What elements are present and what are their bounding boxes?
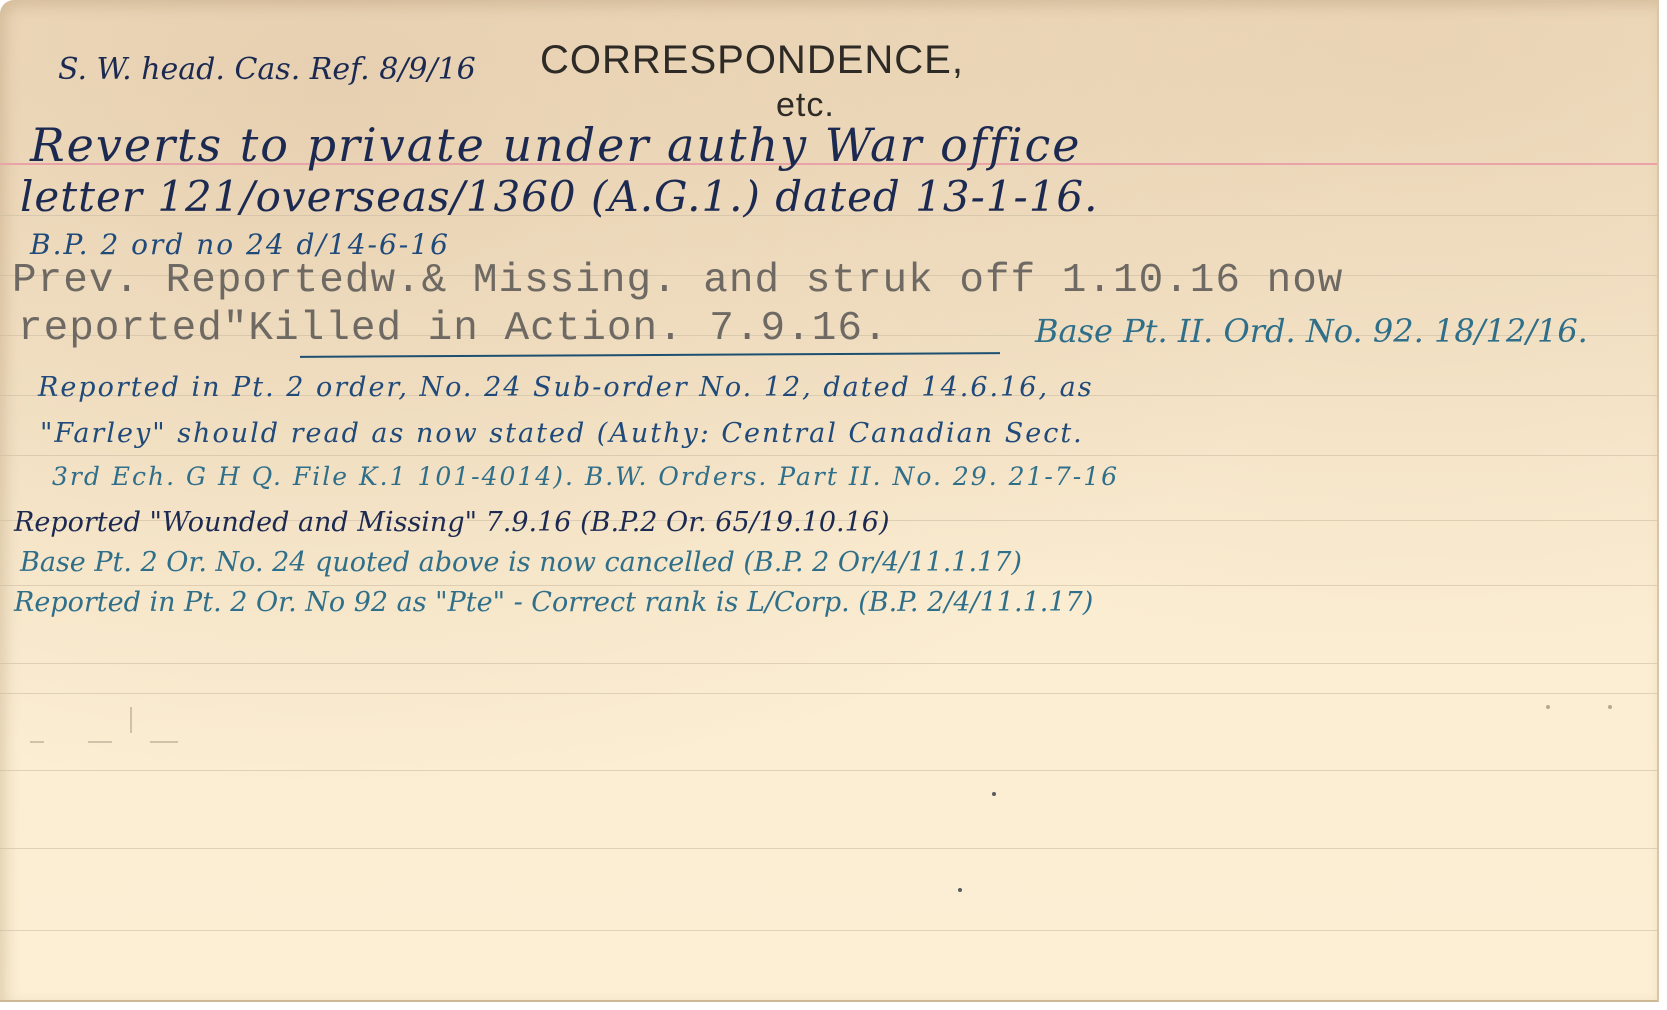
entry-farley-correction: "Farley" should read as now stated (Auth… xyxy=(40,418,1084,449)
typed-prev-reported-missing: Prev. Reportedw.& Missing. and struk off… xyxy=(12,258,1343,304)
ruled-line xyxy=(0,848,1657,849)
ruled-line xyxy=(0,693,1657,694)
ruled-line xyxy=(0,770,1657,771)
entry-authority-file-reference: 3rd Ech. G H Q. File K.1 101-4014). B.W.… xyxy=(52,462,1119,491)
ink-speck xyxy=(992,792,996,796)
ink-speck xyxy=(958,888,962,892)
entry-wounded-and-missing: Reported "Wounded and Missing" 7.9.16 (B… xyxy=(14,507,890,538)
casualty-reference-note: S. W. head. Cas. Ref. 8/9/16 xyxy=(58,52,476,87)
ruled-line xyxy=(0,585,1657,586)
killed-in-action-underline xyxy=(300,352,1000,358)
faint-mark xyxy=(30,741,44,743)
faint-mark xyxy=(130,707,132,733)
ruled-line xyxy=(0,455,1657,456)
entry-reported-in-part-2-order: Reported in Pt. 2 order, No. 24 Sub-orde… xyxy=(38,372,1094,403)
entry-order-cancelled: Base Pt. 2 Or. No. 24 quoted above is no… xyxy=(20,547,1022,578)
entry-war-office-letter: letter 121/overseas/1360 (A.G.1.) dated … xyxy=(20,172,1099,221)
paper-speck xyxy=(1546,705,1550,709)
entry-reverts-to-private: Reverts to private under authy War offic… xyxy=(30,118,1082,172)
correspondence-record-card: CORRESPONDENCE, etc. S. W. head. Cas. Re… xyxy=(0,0,1659,1002)
ruled-line xyxy=(0,663,1657,664)
entry-base-part-ii-order-92: Base Pt. II. Ord. No. 92. 18/12/16. xyxy=(1035,312,1588,350)
entry-bp2-order-24: B.P. 2 ord no 24 d/14-6-16 xyxy=(30,228,450,261)
card-title: CORRESPONDENCE, xyxy=(540,38,964,83)
faint-mark xyxy=(88,741,112,743)
entry-correct-rank-lance-corporal: Reported in Pt. 2 Or. No 92 as "Pte" - C… xyxy=(14,587,1093,618)
paper-speck xyxy=(1608,705,1612,709)
faint-mark xyxy=(150,741,178,743)
typed-killed-in-action: reported"Killed in Action. 7.9.16. xyxy=(18,306,889,352)
ruled-line xyxy=(0,930,1657,931)
